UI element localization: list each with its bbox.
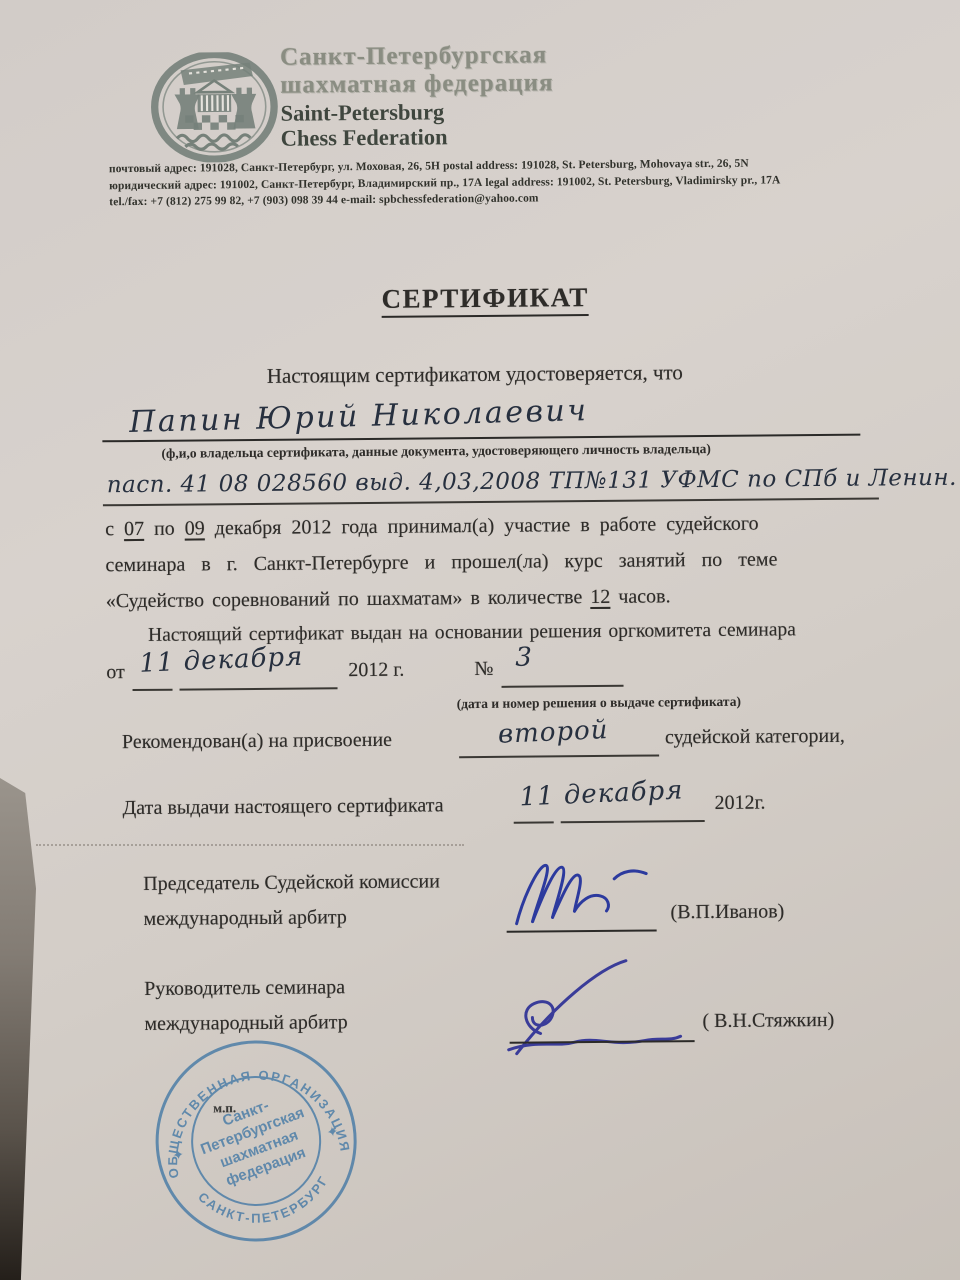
- signer1-signature: [498, 850, 674, 939]
- day-from-value: 07: [124, 518, 144, 540]
- decision-year-label: 2012 г.: [348, 659, 404, 682]
- certificate-document: Санкт-Петербургская шахматная федерация …: [0, 0, 960, 1280]
- signer1-name: (В.П.Иванов): [670, 900, 784, 924]
- paper-crease: [36, 844, 464, 846]
- decision-month-underline: [180, 687, 338, 690]
- stamp-outer-bottom-text: САНКТ-ПЕТЕРБУРГ: [194, 1170, 337, 1234]
- body-text: часов.: [610, 585, 670, 608]
- stamp-star-right: ✦: [325, 1123, 339, 1141]
- issue-date-prefix: Дата выдачи настоящего сертификата: [122, 794, 443, 820]
- round-stamp-icon: ОБЩЕСТВЕННАЯ ОРГАНИЗАЦИЯ САНКТ-ПЕТЕРБУРГ…: [139, 1024, 373, 1258]
- stamp-star-left: ✦: [171, 1146, 185, 1164]
- org-name-english: Saint-Petersburg Chess Federation: [280, 99, 447, 150]
- from-label: от: [106, 661, 125, 684]
- name-caption: (ф,и,о владельца сертификата, данные док…: [161, 441, 710, 462]
- body-paragraph-line3: «Судейство соревнований по шахматам» в к…: [106, 583, 884, 613]
- document-underline: [103, 498, 879, 506]
- certificate-photo: Санкт-Петербургская шахматная федерация …: [0, 0, 960, 1280]
- body-paragraph-line1: с 07 по 09 декабря 2012 года принимал(а)…: [105, 511, 883, 541]
- decision-date-handwritten: 11 декабря: [139, 642, 304, 679]
- signer1-role-line2: международный арбитр: [143, 906, 346, 931]
- issue-month-underline: [561, 820, 705, 823]
- decision-number-handwritten: 3: [515, 643, 533, 673]
- recommendation-prefix: Рекомендован(а) на присвоение: [122, 729, 392, 754]
- body-text: по: [144, 518, 185, 540]
- federation-logo: [149, 52, 282, 163]
- holder-document-handwritten: пасп. 41 08 028560 выд. 4,03,2008 ТП№131…: [107, 464, 960, 498]
- body-text: декабря 2012 года принимал(а) участие в …: [205, 513, 759, 540]
- issuance-line: Настоящий сертификат выдан на основании …: [106, 618, 886, 647]
- body-text: с: [105, 518, 124, 540]
- issue-date-handwritten: 11 декабря: [519, 775, 684, 812]
- decision-day-underline: [133, 689, 173, 691]
- signer1-role-line1: Председатель Судейской комиссии: [143, 870, 440, 896]
- org-name-ru-line2: шахматная федерация: [280, 69, 554, 99]
- category-handwritten: второй: [497, 715, 609, 750]
- recommendation-suffix: судейской категории,: [665, 725, 845, 750]
- org-name-ru-line1: Санкт-Петербургская: [280, 41, 554, 71]
- certificate-title: СЕРТИФИКАТ: [381, 282, 589, 318]
- decision-caption: (дата и номер решения о выдаче сертифика…: [457, 694, 741, 712]
- intro-line: Настоящим сертификатом удостоверяется, ч…: [267, 360, 683, 389]
- signer2-name: ( В.Н.Стяжкин): [702, 1009, 834, 1033]
- org-name-en-line2: Chess Federation: [281, 124, 448, 150]
- category-underline: [459, 754, 659, 757]
- ivanov-signature-icon: [498, 850, 674, 934]
- federation-stamp: ОБЩЕСТВЕННАЯ ОРГАНИЗАЦИЯ САНКТ-ПЕТЕРБУРГ…: [139, 1024, 374, 1263]
- issue-day-underline: [514, 821, 554, 823]
- issue-date-suffix: 2012г.: [714, 792, 765, 815]
- holder-name-handwritten: Папин Юрий Николаевич: [129, 393, 589, 440]
- address-block: почтовый адрес: 191028, Санкт-Петербург,…: [109, 155, 857, 211]
- hours-value: 12: [590, 586, 610, 608]
- body-text: «Судейство соревнований по шахматам» в к…: [106, 586, 591, 612]
- signer2-signature: [494, 956, 710, 1063]
- signer2-role-line1: Руководитель семинара: [144, 976, 345, 1001]
- svg-text:САНКТ-ПЕТЕРБУРГ: САНКТ-ПЕТЕРБУРГ: [194, 1170, 337, 1234]
- org-name-russian: Санкт-Петербургская шахматная федерация: [280, 41, 554, 99]
- chess-federation-emblem-icon: [149, 52, 282, 163]
- decision-number-underline: [502, 685, 624, 688]
- number-label: №: [474, 658, 493, 681]
- body-paragraph-line2: семинара в г. Санкт-Петербурге и прошел(…: [105, 547, 883, 577]
- org-name-en-line1: Saint-Petersburg: [280, 99, 447, 125]
- day-to-value: 09: [185, 517, 205, 539]
